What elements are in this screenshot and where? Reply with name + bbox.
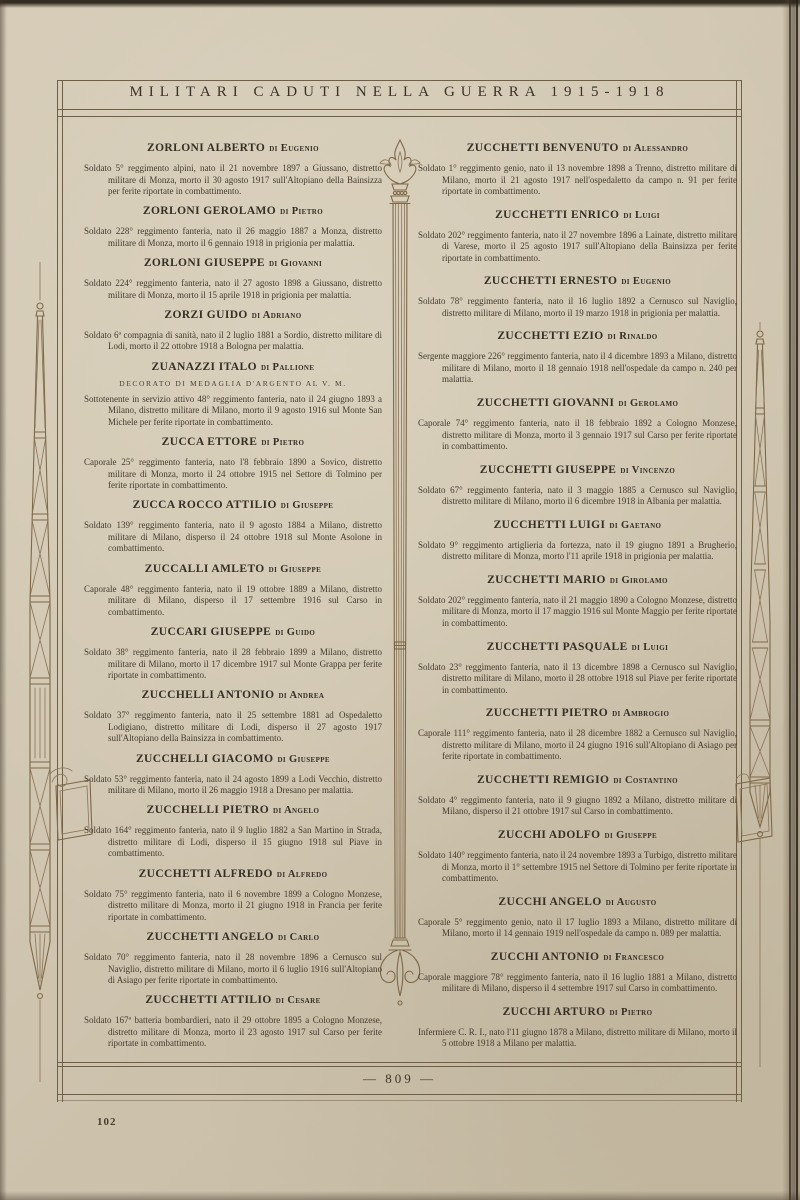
- soldier-entry: ZUCCHELLI GIACOMO di Giuseppe Soldato 53…: [84, 749, 382, 797]
- soldier-entry: ZORZI GUIDO di Adriano Soldato 6ª compag…: [84, 305, 382, 353]
- entry-heading: ZUCCHETTI GIOVANNI di Gerolamo: [418, 393, 737, 411]
- soldier-patronymic: di Pietro: [609, 1007, 652, 1018]
- soldier-name: ZUCCHETTI ERNESTO: [484, 275, 617, 287]
- entry-heading: ZUANAZZI ITALO di Pallione: [84, 357, 382, 375]
- page-number: — 809 —: [57, 1071, 742, 1087]
- entry-body-text: Soldato 6ª compagnia di sanità, nato il …: [84, 330, 382, 353]
- soldier-name: ZORLONI GIUSEPPE: [144, 257, 265, 269]
- entry-body-text: Soldato 5° reggimento alpini, nato il 21…: [84, 163, 382, 198]
- soldier-name: ZUCCHETTI BENVENUTO: [467, 142, 619, 154]
- soldier-name: ZUCCHI ADOLFO: [498, 829, 601, 841]
- entry-body-text: Soldato 202° reggimento fanteria, nato i…: [418, 595, 737, 630]
- soldier-patronymic: di Giovanni: [269, 258, 322, 269]
- entry-body-text: Caporale maggiore 78° reggimento fanteri…: [418, 972, 737, 995]
- soldier-name: ZUCCA ROCCO ATTILIO: [133, 499, 277, 511]
- soldier-patronymic: di Andrea: [278, 690, 324, 701]
- soldier-name: ZUCCHETTI GIOVANNI: [477, 397, 615, 409]
- soldier-entry: ZUCCHELLI ANTONIO di Andrea Soldato 37° …: [84, 685, 382, 745]
- soldier-patronymic: di Adriano: [252, 310, 302, 321]
- entry-heading: ZUCCHETTI GIUSEPPE di Vincenzo: [418, 460, 737, 478]
- left-column: ZORLONI ALBERTO di Eugenio Soldato 5° re…: [84, 138, 382, 1050]
- entry-heading: ZUCCHETTI LUIGI di Gaetano: [418, 515, 737, 533]
- soldier-name: ZUCCHELLI PIETRO: [147, 804, 269, 816]
- soldier-name: ZUCCARI GIUSEPPE: [151, 626, 271, 638]
- entry-body-text: Soldato 9° reggimento artiglieria da for…: [418, 540, 737, 563]
- soldier-entry: ZUCCHETTI ERNESTO di Eugenio Soldato 78°…: [418, 271, 737, 319]
- soldier-patronymic: di Cesare: [276, 995, 321, 1006]
- soldier-entry: ZORLONI GIUSEPPE di Giovanni Soldato 224…: [84, 253, 382, 301]
- entry-body-text: Caporale 48° reggimento fanteria, nato i…: [84, 584, 382, 619]
- soldier-patronymic: di Augusto: [606, 897, 657, 908]
- soldier-name: ZUCCHETTI PASQUALE: [487, 641, 628, 653]
- entry-body-text: Caporale 25° reggimento fanteria, nato l…: [84, 457, 382, 492]
- soldier-patronymic: di Pietro: [261, 437, 304, 448]
- soldier-entry: ZUCCHETTI MARIO di Girolamo Soldato 202°…: [418, 570, 737, 630]
- soldier-patronymic: di Costantino: [613, 775, 678, 786]
- entry-body-text: Sottotenente in servizio attivo 48° regg…: [84, 394, 382, 429]
- entry-body-text: Soldato 224° reggimento fanteria, nato i…: [84, 278, 382, 301]
- soldier-patronymic: di Alessandro: [623, 143, 688, 154]
- entry-heading: ZUCCHETTI REMIGIO di Costantino: [418, 770, 737, 788]
- soldier-patronymic: di Giuseppe: [605, 830, 658, 841]
- soldier-name: ZUCCHETTI LUIGI: [494, 519, 606, 531]
- soldier-entry: ZUCCHI ARTURO di Pietro Infermiere C. R.…: [418, 1002, 737, 1050]
- entry-body-text: Infermiere C. R. I., nato l'11 giugno 18…: [418, 1027, 737, 1050]
- entry-body-text: Soldato 228° reggimento fanteria, nato i…: [84, 226, 382, 249]
- entry-body-text: Soldato 53° reggimento fanteria, nato il…: [84, 774, 382, 797]
- soldier-patronymic: di Giuseppe: [277, 754, 330, 765]
- soldier-name: ZORLONI ALBERTO: [147, 142, 265, 154]
- soldier-patronymic: di Carlo: [278, 932, 319, 943]
- entry-heading: ZUCCA ROCCO ATTILIO di Giuseppe: [84, 495, 382, 513]
- soldier-patronymic: di Alfredo: [277, 869, 328, 880]
- soldier-name: ZUCCHETTI GIUSEPPE: [480, 464, 617, 476]
- soldier-entry: ZUCCA ETTORE di Pietro Caporale 25° regg…: [84, 432, 382, 492]
- entry-heading: ZUCCHI ADOLFO di Giuseppe: [418, 825, 737, 843]
- corner-number: 102: [97, 1116, 117, 1128]
- soldier-patronymic: di Giuseppe: [281, 500, 334, 511]
- soldier-name: ZORLONI GEROLAMO: [143, 205, 276, 217]
- soldier-patronymic: di Guido: [275, 627, 315, 638]
- entry-body-text: Soldato 38° reggimento fanteria, nato il…: [84, 647, 382, 682]
- soldier-entry: ZUCCHI ANGELO di Augusto Caporale 5° reg…: [418, 892, 737, 940]
- soldier-name: ZUCCA ETTORE: [162, 436, 258, 448]
- entry-heading: ZUCCALLI AMLETO di Giuseppe: [84, 559, 382, 577]
- entry-body-text: Soldato 4° reggimento fanteria, nato il …: [418, 795, 737, 818]
- entry-heading: ZUCCHI ANTONIO di Francesco: [418, 947, 737, 965]
- soldier-name: ZUCCHI ANGELO: [498, 896, 601, 908]
- frame-rule-bottom-1: [57, 1062, 742, 1063]
- soldier-entry: ZUCCHETTI EZIO di Rinaldo Sergente maggi…: [418, 326, 737, 386]
- soldier-name: ZUCCHETTI PIETRO: [486, 707, 608, 719]
- entry-body-text: Soldato 202° reggimento fanteria, nato i…: [418, 230, 737, 265]
- soldier-name: ZUANAZZI ITALO: [152, 361, 257, 373]
- soldier-entry: ZUCCHETTI PASQUALE di Luigi Soldato 23° …: [418, 637, 737, 697]
- entry-body-text: Soldato 139° reggimento fanteria, nato i…: [84, 520, 382, 555]
- entry-heading: ZUCCHI ANGELO di Augusto: [418, 892, 737, 910]
- right-column: ZUCCHETTI BENVENUTO di Alessandro Soldat…: [418, 138, 737, 1050]
- soldier-entry: ZUCCHETTI PIETRO di Ambrogio Caporale 11…: [418, 703, 737, 763]
- soldier-name: ZUCCHETTI ALFREDO: [139, 868, 273, 880]
- entry-body-text: Sergente maggiore 226° reggimento fanter…: [418, 351, 737, 386]
- entry-body-text: Soldato 75° reggimento fanteria, nato il…: [84, 889, 382, 924]
- entry-heading: ZUCCARI GIUSEPPE di Guido: [84, 622, 382, 640]
- lattice-obelisk-icon: [14, 262, 94, 1082]
- frame-rule-bottom-3: [57, 1094, 742, 1095]
- soldier-patronymic: di Vincenzo: [620, 465, 675, 476]
- entry-heading: ZORLONI GIUSEPPE di Giovanni: [84, 253, 382, 271]
- soldier-entry: ZUCCHETTI ENRICO di Luigi Soldato 202° r…: [418, 205, 737, 265]
- frame-rule-under-title-1: [57, 109, 742, 110]
- entry-heading: ZUCCHELLI ANTONIO di Andrea: [84, 685, 382, 703]
- entry-heading: ZUCCHETTI PIETRO di Ambrogio: [418, 703, 737, 721]
- soldier-patronymic: di Rinaldo: [608, 331, 658, 342]
- soldier-patronymic: di Pietro: [280, 206, 323, 217]
- soldier-entry: ZUCCHI ADOLFO di Giuseppe Soldato 140° r…: [418, 825, 737, 885]
- soldier-entry: ZUCCHETTI ATTILIO di Cesare Soldato 167ª…: [84, 990, 382, 1050]
- soldier-patronymic: di Pallione: [261, 362, 315, 373]
- entry-heading: ZUCCHETTI BENVENUTO di Alessandro: [418, 138, 737, 156]
- soldier-entry: ZORLONI ALBERTO di Eugenio Soldato 5° re…: [84, 138, 382, 198]
- soldier-entry: ZUCCHETTI LUIGI di Gaetano Soldato 9° re…: [418, 515, 737, 563]
- soldier-patronymic: di Girolamo: [610, 575, 668, 586]
- page-title: MILITARI CADUTI NELLA GUERRA 1915-1918: [57, 84, 742, 101]
- soldier-patronymic: di Giuseppe: [269, 564, 322, 575]
- soldier-patronymic: di Ambrogio: [612, 708, 669, 719]
- soldier-patronymic: di Francesco: [603, 952, 664, 963]
- entry-heading: ZUCCA ETTORE di Pietro: [84, 432, 382, 450]
- soldier-name: ZUCCHETTI REMIGIO: [477, 774, 609, 786]
- soldier-name: ZUCCHETTI ENRICO: [495, 209, 619, 221]
- photo-edge-top: [0, 0, 800, 8]
- soldier-name: ZUCCHETTI ATTILIO: [145, 994, 271, 1006]
- soldier-name: ZUCCHELLI GIACOMO: [136, 753, 273, 765]
- soldier-entry: ZUCCHETTI GIOVANNI di Gerolamo Caporale …: [418, 393, 737, 453]
- soldier-name: ZUCCHETTI MARIO: [487, 574, 606, 586]
- soldier-entry: ZUCCHI ANTONIO di Francesco Caporale mag…: [418, 947, 737, 995]
- soldier-patronymic: di Eugenio: [621, 276, 671, 287]
- entry-heading: ZUCCHELLI GIACOMO di Giuseppe: [84, 749, 382, 767]
- entry-body-text: Soldato 37° reggimento fanteria, nato il…: [84, 710, 382, 745]
- soldier-entry: ZUCCHETTI REMIGIO di Costantino Soldato …: [418, 770, 737, 818]
- frame-rule-top: [57, 80, 742, 81]
- soldier-patronymic: di Angelo: [273, 805, 319, 816]
- soldier-entry: ZUCCHELLI PIETRO di Angelo Soldato 164° …: [84, 800, 382, 860]
- decoration-note: DECORATO DI MEDAGLIA D'ARGENTO AL V. M.: [84, 379, 382, 388]
- entry-body-text: Soldato 78° reggimento fanteria, nato il…: [418, 296, 737, 319]
- photo-edge-left: [0, 0, 7, 1200]
- frame-rule-under-title-2: [57, 116, 742, 117]
- soldier-entry: ZUANAZZI ITALO di Pallione DECORATO DI M…: [84, 357, 382, 429]
- soldier-name: ZUCCHETTI ANGELO: [147, 931, 275, 943]
- entry-body-text: Caporale 74° reggimento fanteria, nato i…: [418, 418, 737, 453]
- entry-heading: ZUCCHETTI ENRICO di Luigi: [418, 205, 737, 223]
- entry-body-text: Soldato 67° reggimento fanteria, nato il…: [418, 485, 737, 508]
- entry-heading: ZUCCHI ARTURO di Pietro: [418, 1002, 737, 1020]
- photo-page-edge-line: [789, 0, 791, 1200]
- soldier-patronymic: di Luigi: [623, 210, 660, 221]
- entry-body-text: Soldato 140° reggimento fanteria, nato i…: [418, 850, 737, 885]
- soldier-entry: ZUCCHETTI BENVENUTO di Alessandro Soldat…: [418, 138, 737, 198]
- soldier-patronymic: di Eugenio: [269, 143, 319, 154]
- soldier-entry: ZUCCA ROCCO ATTILIO di Giuseppe Soldato …: [84, 495, 382, 555]
- entry-heading: ZUCCHETTI PASQUALE di Luigi: [418, 637, 737, 655]
- entry-heading: ZUCCHETTI ERNESTO di Eugenio: [418, 271, 737, 289]
- entry-heading: ZUCCHETTI EZIO di Rinaldo: [418, 326, 737, 344]
- soldier-entry: ZUCCALLI AMLETO di Giuseppe Caporale 48°…: [84, 559, 382, 619]
- soldier-name: ZORZI GUIDO: [164, 309, 247, 321]
- entry-heading: ZUCCHELLI PIETRO di Angelo: [84, 800, 382, 818]
- soldier-name: ZUCCHETTI EZIO: [497, 330, 603, 342]
- soldier-entry: ZORLONI GEROLAMO di Pietro Soldato 228° …: [84, 201, 382, 249]
- page-sheet: MILITARI CADUTI NELLA GUERRA 1915-1918: [0, 0, 800, 1200]
- soldier-name: ZUCCHELLI ANTONIO: [142, 689, 275, 701]
- frame-rule-bottom-4: [57, 1100, 742, 1101]
- soldier-entry: ZUCCHETTI GIUSEPPE di Vincenzo Soldato 6…: [418, 460, 737, 508]
- photo-page-edge-line: [796, 0, 798, 1200]
- soldier-entry: ZUCCHETTI ALFREDO di Alfredo Soldato 75°…: [84, 864, 382, 924]
- soldier-name: ZUCCALLI AMLETO: [145, 563, 265, 575]
- photo-edge-bottom: [0, 1191, 800, 1200]
- entry-heading: ZORZI GUIDO di Adriano: [84, 305, 382, 323]
- entry-body-text: Soldato 167ª batteria bombardieri, nato …: [84, 1015, 382, 1050]
- entry-heading: ZUCCHETTI ALFREDO di Alfredo: [84, 864, 382, 882]
- frame-rule-bottom-2: [57, 1066, 742, 1067]
- entry-heading: ZORLONI ALBERTO di Eugenio: [84, 138, 382, 156]
- entry-body-text: Caporale 5° reggimento genio, nato il 17…: [418, 917, 737, 940]
- soldier-name: ZUCCHI ARTURO: [503, 1006, 606, 1018]
- soldier-name: ZUCCHI ANTONIO: [491, 951, 600, 963]
- soldier-entry: ZUCCHETTI ANGELO di Carlo Soldato 70° re…: [84, 927, 382, 987]
- lattice-obelisk-icon: [734, 322, 786, 1067]
- soldier-patronymic: di Gerolamo: [618, 398, 678, 409]
- entry-heading: ZUCCHETTI ATTILIO di Cesare: [84, 990, 382, 1008]
- soldier-entry: ZUCCARI GIUSEPPE di Guido Soldato 38° re…: [84, 622, 382, 682]
- entry-body-text: Caporale 111° reggimento fanteria, nato …: [418, 728, 737, 763]
- entry-heading: ZORLONI GEROLAMO di Pietro: [84, 201, 382, 219]
- entry-body-text: Soldato 1° reggimento genio, nato il 13 …: [418, 163, 737, 198]
- entry-body-text: Soldato 70° reggimento fanteria, nato il…: [84, 952, 382, 987]
- entry-heading: ZUCCHETTI MARIO di Girolamo: [418, 570, 737, 588]
- soldier-patronymic: di Gaetano: [609, 520, 661, 531]
- entry-body-text: Soldato 23° reggimento fanteria, nato il…: [418, 662, 737, 697]
- soldier-patronymic: di Luigi: [632, 642, 669, 653]
- entry-body-text: Soldato 164° reggimento fanteria, nato i…: [84, 825, 382, 860]
- entry-heading: ZUCCHETTI ANGELO di Carlo: [84, 927, 382, 945]
